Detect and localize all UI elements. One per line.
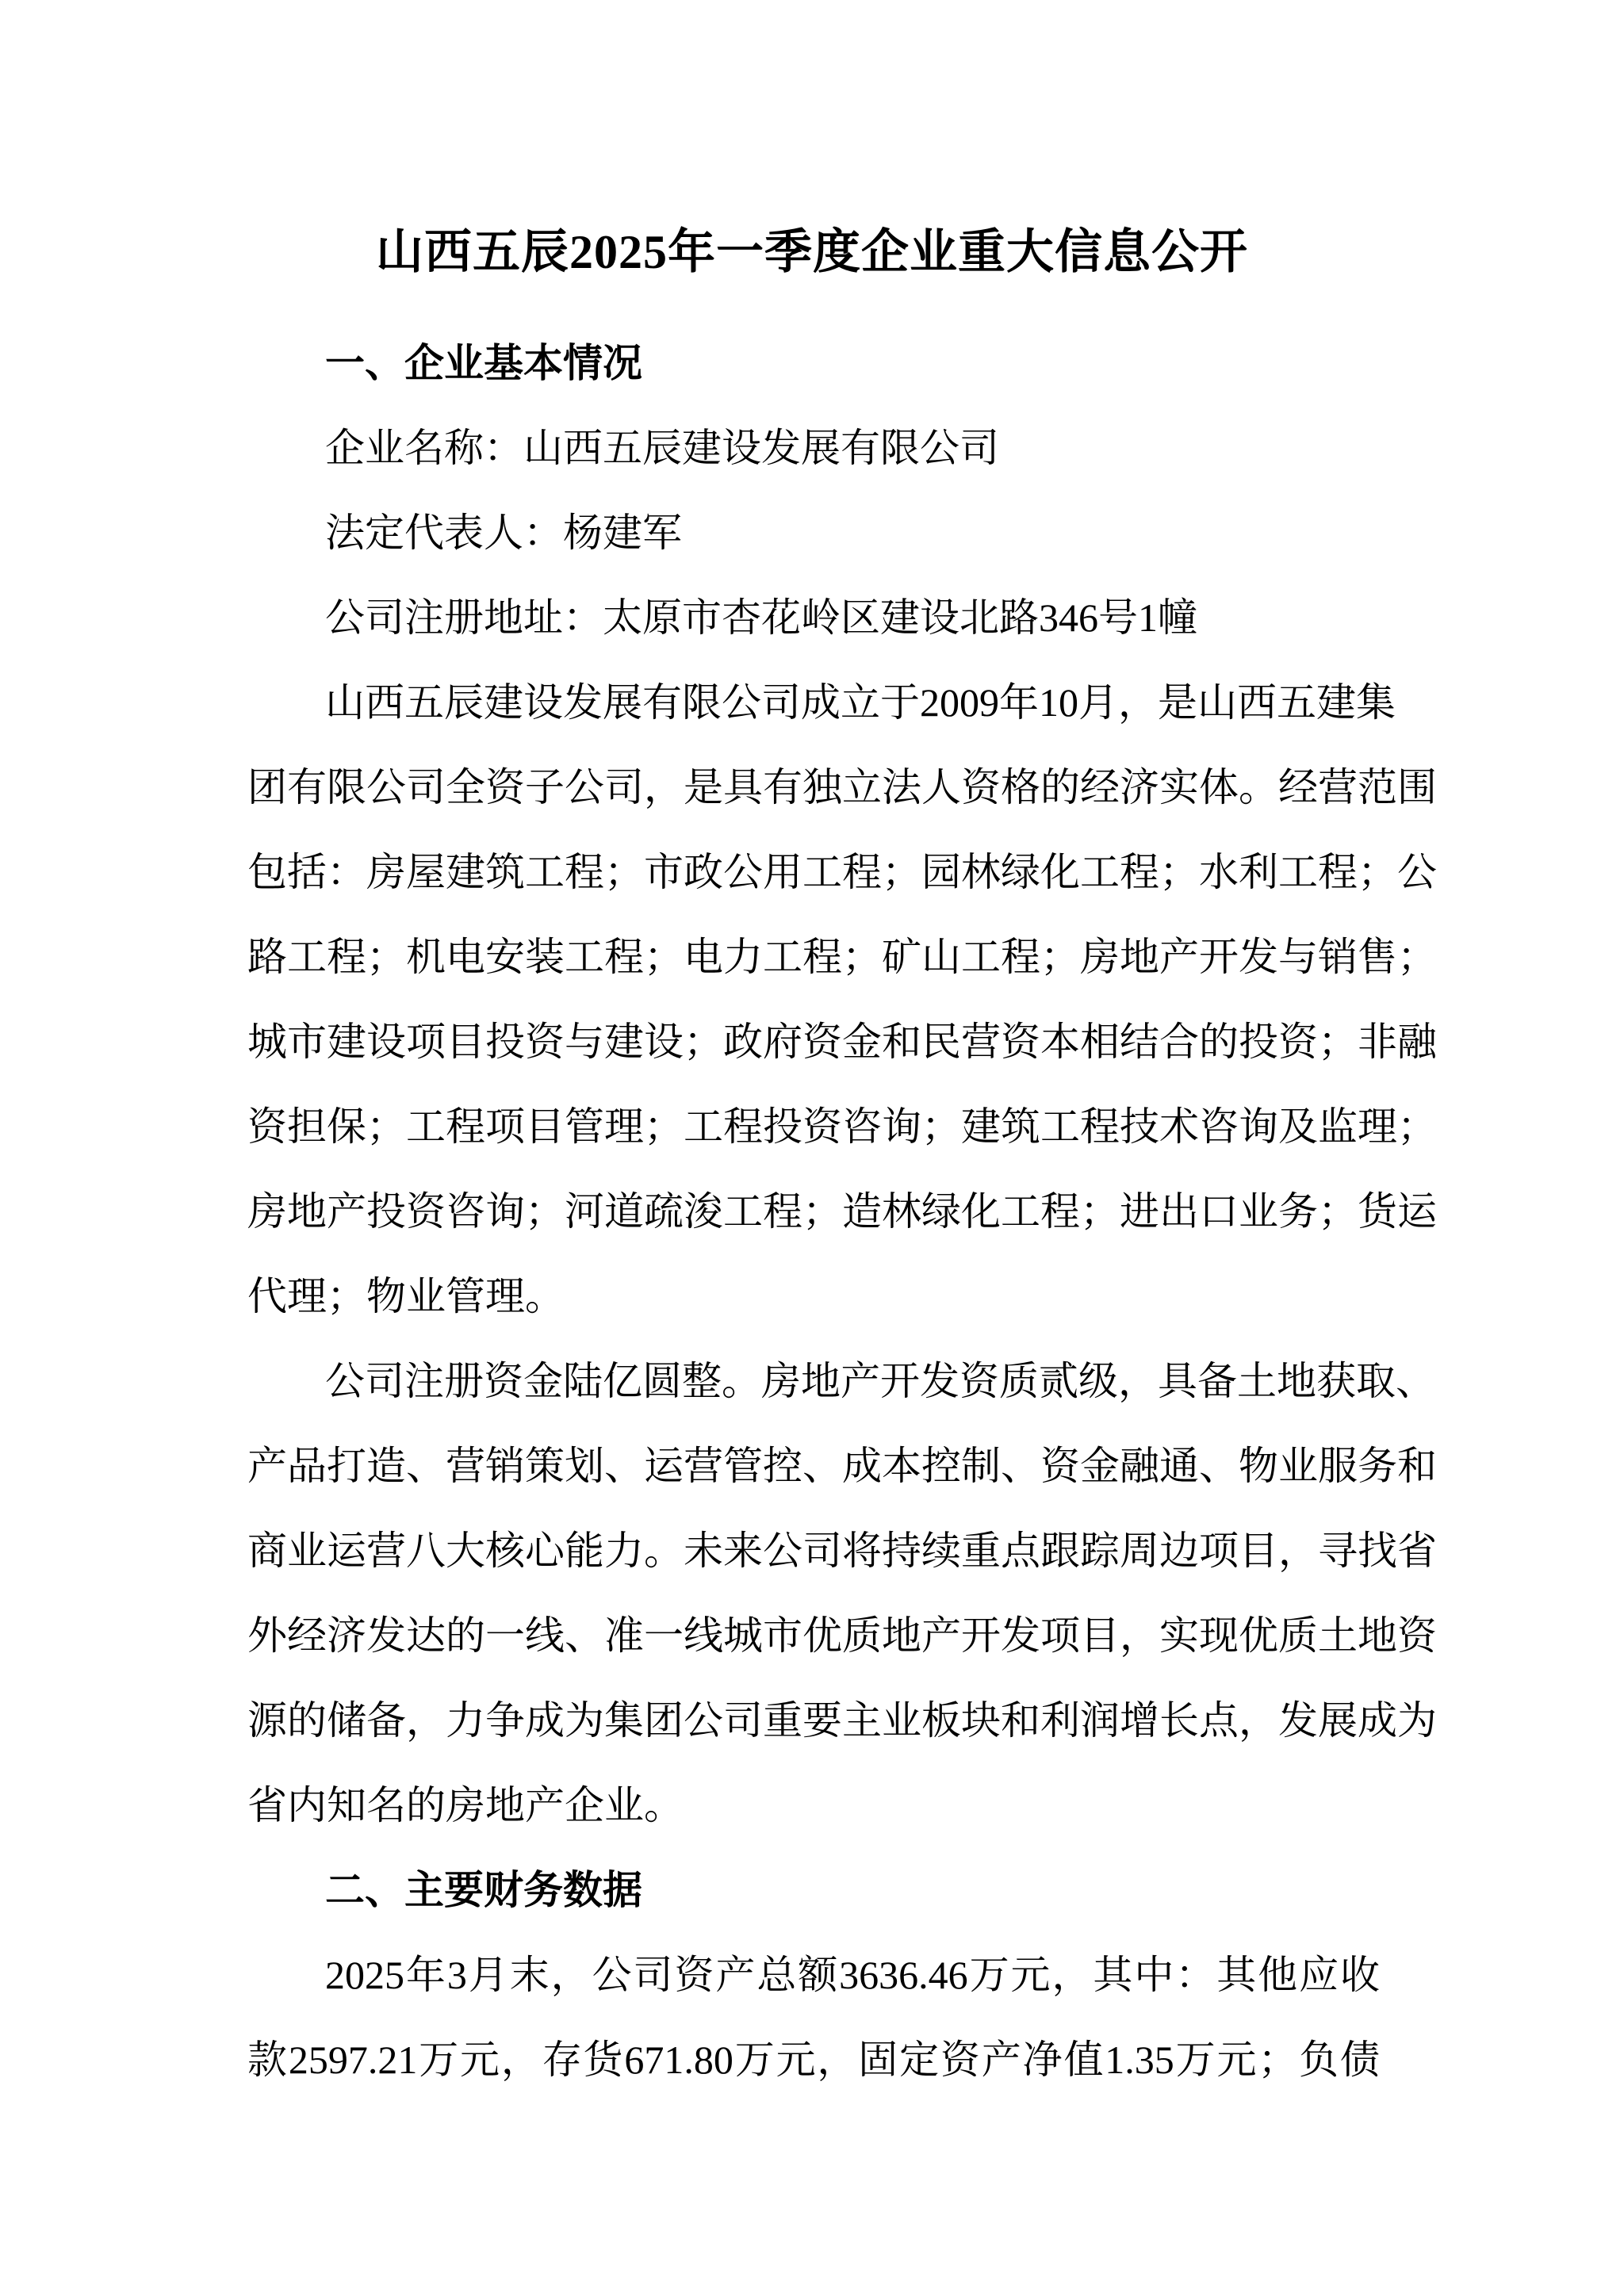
section-heading-financial-data: 二、主要财务数据 bbox=[247, 1848, 1380, 1933]
field-company-name: 企业名称：山西五辰建设发展有限公司 bbox=[247, 406, 1380, 491]
field-legal-representative: 法定代表人：杨建军 bbox=[247, 491, 1380, 576]
paragraph-line: 商业运营八大核心能力。未来公司将持续重点跟踪周边项目，寻找省 bbox=[247, 1509, 1380, 1594]
section-heading-basic-info: 一、企业基本情况 bbox=[247, 321, 1380, 406]
paragraph-line: 团有限公司全资子公司，是具有独立法人资格的经济实体。经营范围 bbox=[247, 745, 1380, 830]
field-label: 法定代表人： bbox=[325, 511, 563, 555]
paragraph-line: 包括：房屋建筑工程；市政公用工程；园林绿化工程；水利工程；公 bbox=[247, 830, 1380, 915]
paragraph-line: 城市建设项目投资与建设；政府资金和民营资本相结合的投资；非融 bbox=[247, 1000, 1380, 1085]
field-value: 山西五辰建设发展有限公司 bbox=[523, 426, 999, 470]
paragraph-line: 资担保；工程项目管理；工程投资咨询；建筑工程技术咨询及监理； bbox=[247, 1085, 1380, 1169]
paragraph-line: 房地产投资咨询；河道疏浚工程；造林绿化工程；进出口业务；货运 bbox=[247, 1169, 1380, 1254]
paragraph-capabilities: 公司注册资金陆亿圆整。房地产开发资质贰级，具备土地获取、 产品打造、营销策划、运… bbox=[247, 1339, 1380, 1848]
paragraph-line: 公司注册资金陆亿圆整。房地产开发资质贰级，具备土地获取、 bbox=[247, 1339, 1380, 1424]
field-registered-address: 公司注册地址：太原市杏花岭区建设北路346号1幢 bbox=[247, 576, 1380, 660]
paragraph-line: 源的储备，力争成为集团公司重要主业板块和利润增长点，发展成为 bbox=[247, 1678, 1380, 1763]
paragraph-line: 路工程；机电安装工程；电力工程；矿山工程；房地产开发与销售； bbox=[247, 915, 1380, 1000]
paragraph-line: 款2597.21万元，存货671.80万元，固定资产净值1.35万元；负债 bbox=[247, 2018, 1380, 2103]
field-value: 杨建军 bbox=[563, 511, 682, 555]
paragraph-line: 代理；物业管理。 bbox=[247, 1254, 1380, 1339]
document-body: 一、企业基本情况 企业名称：山西五辰建设发展有限公司 法定代表人：杨建军 公司注… bbox=[247, 321, 1380, 2103]
document-title: 山西五辰2025年一季度企业重大信息公开 bbox=[0, 212, 1624, 292]
field-label: 公司注册地址： bbox=[325, 595, 603, 640]
paragraph-line: 2025年3月末，公司资产总额3636.46万元，其中：其他应收 bbox=[247, 1933, 1380, 2018]
paragraph-line: 产品打造、营销策划、运营管控、成本控制、资金融通、物业服务和 bbox=[247, 1424, 1380, 1509]
paragraph-line: 山西五辰建设发展有限公司成立于2009年10月，是山西五建集 bbox=[247, 660, 1380, 745]
paragraph-financials: 2025年3月末，公司资产总额3636.46万元，其中：其他应收 款2597.2… bbox=[247, 1933, 1380, 2103]
field-label: 企业名称： bbox=[325, 426, 523, 470]
paragraph-line: 省内知名的房地产企业。 bbox=[247, 1763, 1380, 1848]
field-value: 太原市杏花岭区建设北路346号1幢 bbox=[603, 595, 1197, 640]
paragraph-line: 外经济发达的一线、准一线城市优质地产开发项目，实现优质土地资 bbox=[247, 1594, 1380, 1678]
document-page: 山西五辰2025年一季度企业重大信息公开 一、企业基本情况 企业名称：山西五辰建… bbox=[0, 0, 1624, 2296]
paragraph-company-intro: 山西五辰建设发展有限公司成立于2009年10月，是山西五建集 团有限公司全资子公… bbox=[247, 660, 1380, 1339]
